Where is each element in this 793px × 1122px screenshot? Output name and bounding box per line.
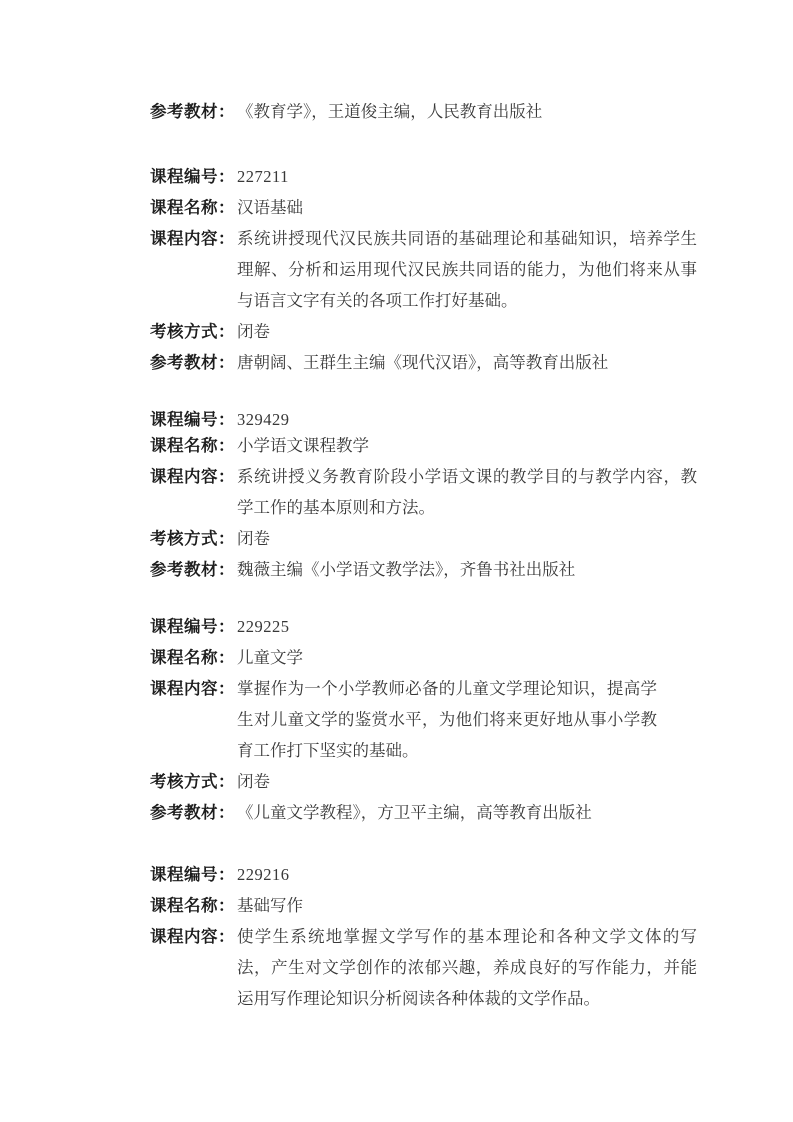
course-textbook-row: 参考教材： 魏薇主编《小学语文教学法》，齐鲁书社出版社 — [150, 554, 710, 585]
course-content-row: 课程内容： 使学生系统地掌握文学写作的基本理论和各种文学文体的写法，产生对文学创… — [150, 921, 710, 1014]
course-textbook-value: 魏薇主编《小学语文教学法》，齐鲁书社出版社 — [237, 554, 697, 585]
course-content-label: 课程内容： — [150, 673, 237, 704]
course-assessment-label: 考核方式： — [150, 316, 237, 347]
course-textbook-label: 参考教材： — [150, 797, 237, 828]
course-name-row: 课程名称： 基础写作 — [150, 890, 710, 921]
textbook-label: 参考教材： — [150, 96, 237, 127]
course-textbook-value: 《儿童文学教程》，方卫平主编，高等教育出版社 — [237, 797, 697, 828]
textbook-value: 《教育学》，王道俊主编，人民教育出版社 — [237, 96, 697, 127]
course-code-row: 课程编号： 229225 — [150, 611, 710, 642]
course-code-row: 课程编号： 229216 — [150, 859, 710, 890]
course-textbook-row: 参考教材： 《儿童文学教程》，方卫平主编，高等教育出版社 — [150, 797, 710, 828]
course-block: 课程编号： 229225 课程名称： 儿童文学 课程内容： 掌握作为一个小学教师… — [150, 611, 710, 828]
course-assessment-row: 考核方式： 闭卷 — [150, 316, 710, 347]
course-code-value: 229225 — [237, 611, 697, 642]
course-assessment-value: 闭卷 — [237, 316, 697, 347]
course-code-value: 227211 — [237, 161, 697, 192]
course-assessment-value: 闭卷 — [237, 766, 697, 797]
course-code-label: 课程编号： — [150, 611, 237, 642]
course-name-value: 基础写作 — [237, 890, 697, 921]
course-name-value: 小学语文课程教学 — [237, 430, 697, 461]
course-content-row: 课程内容： 系统讲授义务教育阶段小学语文课的教学目的与教学内容，教学工作的基本原… — [150, 461, 710, 523]
course-name-label: 课程名称： — [150, 192, 237, 223]
course-content-label: 课程内容： — [150, 223, 237, 254]
course-assessment-value: 闭卷 — [237, 523, 697, 554]
course-code-value: 229216 — [237, 859, 697, 890]
course-assessment-label: 考核方式： — [150, 523, 237, 554]
course-content-value: 系统讲授现代汉民族共同语的基础理论和基础知识，培养学生理解、分析和运用现代汉民族… — [237, 223, 697, 316]
course-block: 课程编号： 229216 课程名称： 基础写作 课程内容： 使学生系统地掌握文学… — [150, 859, 710, 1014]
course-name-row: 课程名称： 小学语文课程教学 — [150, 430, 710, 461]
course-content-value: 掌握作为一个小学教师必备的儿童文学理论知识，提高学生对儿童文学的鉴赏水平，为他们… — [237, 673, 657, 766]
course-content-row: 课程内容： 系统讲授现代汉民族共同语的基础理论和基础知识，培养学生理解、分析和运… — [150, 223, 710, 316]
course-name-row: 课程名称： 汉语基础 — [150, 192, 710, 223]
course-name-value: 汉语基础 — [237, 192, 697, 223]
course-name-row: 课程名称： 儿童文学 — [150, 642, 710, 673]
course-assessment-label: 考核方式： — [150, 766, 237, 797]
course-assessment-row: 考核方式： 闭卷 — [150, 523, 710, 554]
course-name-label: 课程名称： — [150, 642, 237, 673]
course-content-label: 课程内容： — [150, 461, 237, 492]
course-code-label: 课程编号： — [150, 859, 237, 890]
course-content-value: 系统讲授义务教育阶段小学语文课的教学目的与教学内容，教学工作的基本原则和方法。 — [237, 461, 697, 523]
course-name-label: 课程名称： — [150, 890, 237, 921]
course-code-label: 课程编号： — [150, 161, 237, 192]
course-block: 课程编号： 329429 课程名称： 小学语文课程教学 课程内容： 系统讲授义务… — [150, 404, 710, 585]
course-assessment-row: 考核方式： 闭卷 — [150, 766, 710, 797]
course-content-row: 课程内容： 掌握作为一个小学教师必备的儿童文学理论知识，提高学生对儿童文学的鉴赏… — [150, 673, 710, 766]
document-page: 参考教材： 《教育学》，王道俊主编，人民教育出版社 课程编号： 227211 课… — [150, 96, 710, 1014]
course-code-row: 课程编号： 227211 — [150, 161, 710, 192]
course-textbook-label: 参考教材： — [150, 347, 237, 378]
course-content-value: 使学生系统地掌握文学写作的基本理论和各种文学文体的写法，产生对文学创作的浓郁兴趣… — [237, 921, 697, 1014]
course-textbook-row: 参考教材： 唐朝阔、王群生主编《现代汉语》，高等教育出版社 — [150, 347, 710, 378]
course-textbook-label: 参考教材： — [150, 554, 237, 585]
course-textbook-value: 唐朝阔、王群生主编《现代汉语》，高等教育出版社 — [237, 347, 697, 378]
leading-textbook-row: 参考教材： 《教育学》，王道俊主编，人民教育出版社 — [150, 96, 710, 127]
course-block: 课程编号： 227211 课程名称： 汉语基础 课程内容： 系统讲授现代汉民族共… — [150, 161, 710, 378]
course-name-label: 课程名称： — [150, 430, 237, 461]
course-content-label: 课程内容： — [150, 921, 237, 952]
course-name-value: 儿童文学 — [237, 642, 697, 673]
